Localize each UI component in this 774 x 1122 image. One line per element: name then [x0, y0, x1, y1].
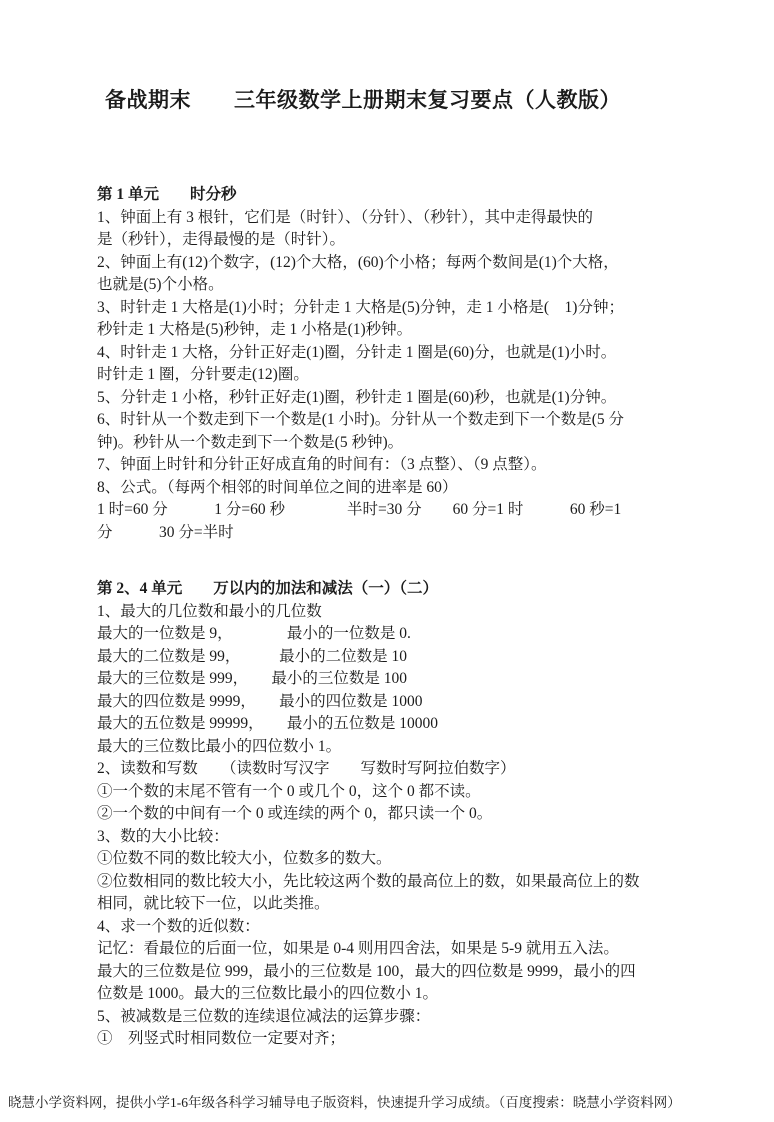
text-line: 最大的三位数比最小的四位数小 1。	[97, 736, 694, 759]
text-line: 最大的二位数是 99， 最小的二位数是 10	[97, 646, 694, 669]
text-line: ②一个数的中间有一个 0 或连续的两个 0，都只读一个 0。	[97, 803, 694, 826]
text-line: 7、钟面上时针和分针正好成直角的时间有：（3 点整）、（9 点整）。	[97, 454, 694, 477]
text-line: 1、最大的几位数和最小的几位数	[97, 601, 694, 624]
text-line: 3、数的大小比较：	[97, 826, 694, 849]
document-content: 备战期末 三年级数学上册期末复习要点（人教版） 第 1 单元 时分秒 1、钟面上…	[0, 0, 774, 1051]
text-line: 6、时针从一个数走到下一个数是(1 小时)。分针从一个数走到下一个数是(5 分	[97, 409, 694, 432]
text-line: 最大的三位数是位 999，最小的三位数是 100，最大的四位数是 9999，最小…	[97, 961, 694, 984]
text-line: ① 列竖式时相同数位一定要对齐；	[97, 1028, 694, 1051]
text-line: 是（秒针），走得最慢的是（时针）。	[97, 229, 694, 252]
text-line: 1 时=60 分 1 分=60 秒 半时=30 分 60 分=1 时 60 秒=…	[97, 499, 694, 522]
page-footer: 晓慧小学资料网，提供小学1-6年级各科学习辅导电子版资料，快速提升学习成绩。（百…	[8, 1094, 770, 1112]
section-2-heading: 第 2、4 单元 万以内的加法和减法（一）（二）	[97, 578, 694, 601]
text-line: 钟)。秒针从一个数走到下一个数是(5 秒钟)。	[97, 432, 694, 455]
text-line: 3、时针走 1 大格是(1)小时；分针走 1 大格是(5)分钟，走 1 小格是(…	[97, 297, 694, 320]
text-line: 4、时针走 1 大格，分针正好走(1)圈，分针走 1 圈是(60)分，也就是(1…	[97, 342, 694, 365]
text-line: 4、求一个数的近似数：	[97, 916, 694, 939]
section-1-body: 1、钟面上有 3 根针，它们是（时针）、（分针）、（秒针），其中走得最快的是（秒…	[97, 207, 694, 545]
text-line: 5、被减数是三位数的连续退位减法的运算步骤：	[97, 1006, 694, 1029]
text-line: 1、钟面上有 3 根针，它们是（时针）、（分针）、（秒针），其中走得最快的	[97, 207, 694, 230]
text-line: ①一个数的末尾不管有一个 0 或几个 0，这个 0 都不读。	[97, 781, 694, 804]
section-unit-2-4: 第 2、4 单元 万以内的加法和减法（一）（二） 1、最大的几位数和最小的几位数…	[97, 578, 694, 1051]
text-line: 也就是(5)个小格。	[97, 274, 694, 297]
document-page: 备战期末 三年级数学上册期末复习要点（人教版） 第 1 单元 时分秒 1、钟面上…	[0, 0, 774, 1122]
text-line: 8、公式。（每两个相邻的时间单位之间的进率是 60）	[97, 477, 694, 500]
text-line: 最大的一位数是 9， 最小的一位数是 0.	[97, 623, 694, 646]
text-line: 秒针走 1 大格是(5)秒钟，走 1 小格是(1)秒钟。	[97, 319, 694, 342]
text-line: 最大的四位数是 9999， 最小的四位数是 1000	[97, 691, 694, 714]
text-line: 分 30 分=半时	[97, 522, 694, 545]
text-line: ②位数相同的数比较大小，先比较这两个数的最高位上的数，如果最高位上的数	[97, 871, 694, 894]
text-line: 5、分针走 1 小格，秒针正好走(1)圈，秒针走 1 圈是(60)秒，也就是(1…	[97, 387, 694, 410]
text-line: 2、读数和写数 （读数时写汉字 写数时写阿拉伯数字）	[97, 758, 694, 781]
text-line: 位数是 1000。最大的三位数比最小的四位数小 1。	[97, 983, 694, 1006]
document-title: 备战期末 三年级数学上册期末复习要点（人教版）	[105, 86, 694, 114]
text-line: 时针走 1 圈，分针要走(12)圈。	[97, 364, 694, 387]
text-line: 最大的五位数是 99999， 最小的五位数是 10000	[97, 713, 694, 736]
text-line: ①位数不同的数比较大小，位数多的数大。	[97, 848, 694, 871]
text-line: 相同，就比较下一位，以此类推。	[97, 893, 694, 916]
section-1-heading: 第 1 单元 时分秒	[97, 184, 694, 207]
text-line: 记忆：看最位的后面一位，如果是 0-4 则用四舍法，如果是 5-9 就用五入法。	[97, 938, 694, 961]
text-line: 最大的三位数是 999， 最小的三位数是 100	[97, 668, 694, 691]
text-line: 2、钟面上有(12)个数字，(12)个大格，(60)个小格；每两个数间是(1)个…	[97, 252, 694, 275]
section-unit-1: 第 1 单元 时分秒 1、钟面上有 3 根针，它们是（时针）、（分针）、（秒针）…	[97, 184, 694, 544]
section-2-body: 1、最大的几位数和最小的几位数最大的一位数是 9， 最小的一位数是 0.最大的二…	[97, 601, 694, 1051]
